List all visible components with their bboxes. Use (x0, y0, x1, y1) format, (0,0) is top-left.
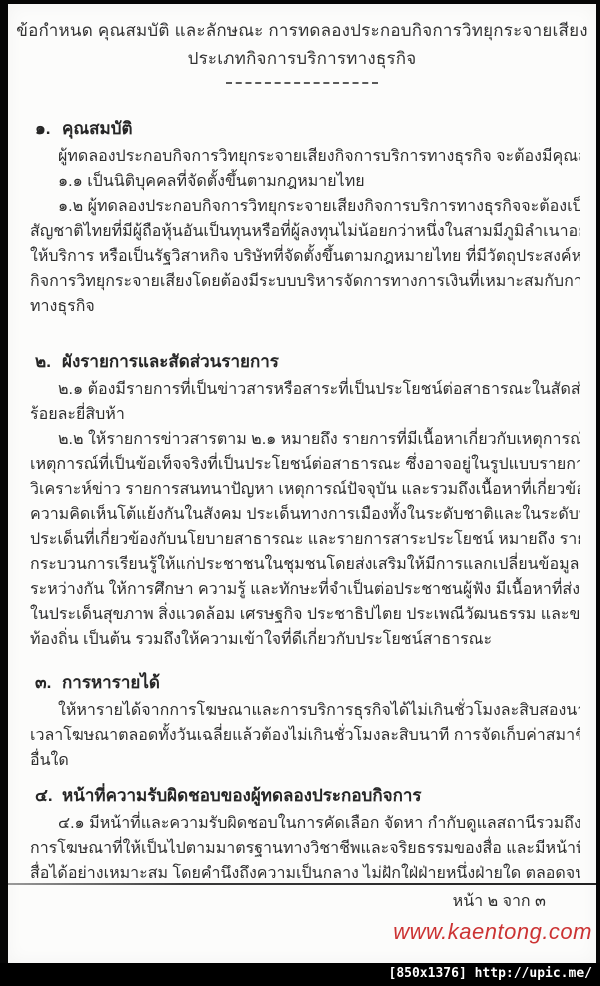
document-line: ๑.๑ เป็นนิติบุคคลที่จัดตั้งขึ้นตามกฎหมาย… (30, 169, 580, 194)
section-heading: ๔.หน้าที่ความรับผิดชอบของผู้ทดลองประกอบก… (30, 783, 580, 808)
document-line: ประเด็นที่เกี่ยวข้องกับนโยบายสาธารณะ และ… (30, 527, 580, 552)
section-heading: ๑.คุณสมบัติ (30, 116, 580, 141)
sections-container: ๑.คุณสมบัติผู้ทดลองประกอบกิจการวิทยุกระจ… (8, 116, 596, 886)
document-line: ทางธุรกิจ (30, 294, 580, 319)
document-title-line-1: ข้อกำหนด คุณสมบัติ และลักษณะ การทดลองประ… (8, 17, 596, 45)
document-title-line-2: ประเภทกิจการบริการทางธุรกิจ (8, 45, 596, 73)
document-line: ท้องถิ่น เป็นต้น รวมถึงให้ความเข้าใจที่ด… (30, 627, 580, 652)
section-number: ๒. (35, 349, 62, 374)
section-3: ๓.การหารายได้ให้หารายได้จากการโฆษณาและกา… (30, 670, 580, 773)
page-number-label: หน้า ๒ จาก ๓ (453, 890, 546, 914)
section-heading-label: คุณสมบัติ (62, 116, 133, 141)
document-page: ข้อกำหนด คุณสมบัติ และลักษณะ การทดลองประ… (8, 4, 596, 963)
document-line: กิจการวิทยุกระจายเสียงโดยต้องมีระบบบริหา… (30, 269, 580, 294)
watermark-url: www.kaentong.com (393, 917, 592, 947)
document-line: ให้หารายได้จากการโฆษณาและการบริการธุรกิจ… (30, 698, 580, 723)
document-line: ๒.๒ ให้รายการข่าวสารตาม ๒.๑ หมายถึง รายก… (30, 427, 580, 452)
document-line: ให้บริการ หรือเป็นรัฐวิสาหกิจ บริษัทที่จ… (30, 244, 580, 269)
section-1: ๑.คุณสมบัติผู้ทดลองประกอบกิจการวิทยุกระจ… (30, 116, 580, 319)
document-line: ระหว่างกัน ให้การศึกษา ความรู้ และทักษะท… (30, 577, 580, 602)
document-line: การโฆษณาที่ให้เป็นไปตามมาตรฐานทางวิชาชีพ… (30, 836, 580, 861)
section-number: ๓. (35, 670, 62, 695)
section-heading: ๒.ผังรายการและสัดส่วนรายการ (30, 349, 580, 374)
document-line: กระบวนการเรียนรู้ให้แก่ประชาชนในชุมชนโดย… (30, 552, 580, 577)
document-line: ๔.๑ มีหน้าที่และความรับผิดชอบในการคัดเลื… (30, 811, 580, 836)
section-heading-label: หน้าที่ความรับผิดชอบของผู้ทดลองประกอบกิจ… (62, 783, 422, 808)
section-4: ๔.หน้าที่ความรับผิดชอบของผู้ทดลองประกอบก… (30, 783, 580, 886)
document-line: ๒.๑ ต้องมีรายการที่เป็นข่าวสารหรือสาระที… (30, 377, 580, 402)
document-line: ๑.๒ ผู้ทดลองประกอบกิจการวิทยุกระจายเสียง… (30, 194, 580, 219)
document-title: ข้อกำหนด คุณสมบัติ และลักษณะ การทดลองประ… (8, 4, 596, 84)
document-line: เหตุการณ์ที่เป็นข้อเท็จจริงที่เป็นประโยช… (30, 452, 580, 477)
document-line: ความคิดเห็นโต้แย้งกันในสังคม ประเด็นทางก… (30, 502, 580, 527)
document-line: อื่นใด (30, 748, 580, 773)
section-heading-label: ผังรายการและสัดส่วนรายการ (62, 349, 279, 374)
document-line: ร้อยละยี่สิบห้า (30, 402, 580, 427)
title-separator-line (226, 82, 378, 84)
section-heading-label: การหารายได้ (62, 670, 160, 695)
section-number: ๑. (35, 116, 62, 141)
footer-rule (8, 883, 596, 885)
document-line: วิเคราะห์ข่าว รายการสนทนาปัญหา เหตุการณ์… (30, 477, 580, 502)
document-line: เวลาโฆษณาตลอดทั้งวันเฉลี่ยแล้วต้องไม่เกิ… (30, 723, 580, 748)
document-line: สัญชาติไทยที่มีผู้ถือหุ้นอันเป็นทุนหรือท… (30, 219, 580, 244)
document-line: ผู้ทดลองประกอบกิจการวิทยุกระจายเสียงกิจก… (30, 144, 580, 169)
section-2: ๒.ผังรายการและสัดส่วนรายการ๒.๑ ต้องมีราย… (30, 349, 580, 652)
image-host-label: [850x1376] http://upic.me/ (389, 966, 593, 981)
image-host-bar: [850x1376] http://upic.me/ (0, 963, 600, 986)
section-heading: ๓.การหารายได้ (30, 670, 580, 695)
document-line: ในประเด็นสุขภาพ สิ่งแวดล้อม เศรษฐกิจ ประ… (30, 602, 580, 627)
section-number: ๔. (35, 783, 62, 808)
